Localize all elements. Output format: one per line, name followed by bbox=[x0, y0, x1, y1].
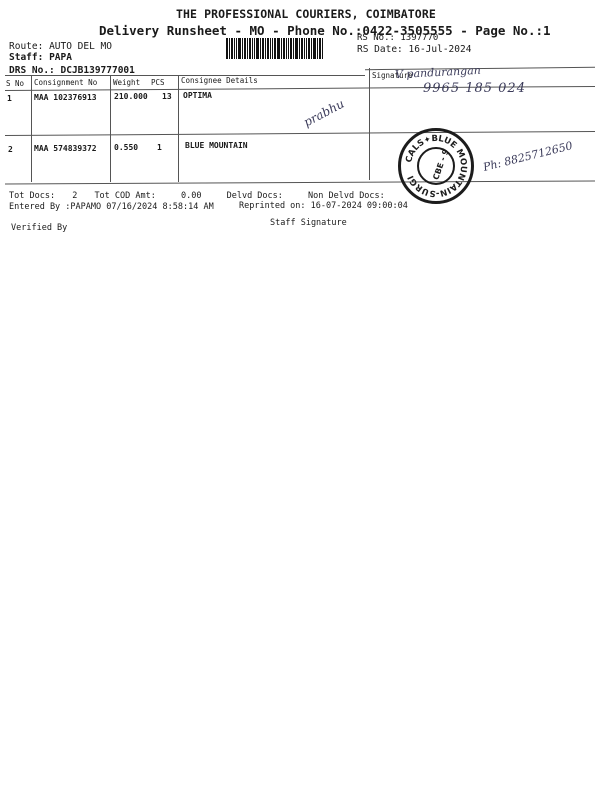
row1-sno: 1 bbox=[7, 94, 12, 103]
runsheet-subtitle: Delivery Runsheet - MO - Phone No.:0422-… bbox=[99, 23, 551, 38]
rs-no-value: 1397770 bbox=[400, 33, 438, 43]
handwritten-phone-row1: 9965 185 024 bbox=[423, 81, 526, 96]
tot-cod-value: 0.00 bbox=[181, 191, 201, 201]
row2-weight: 0.550 bbox=[114, 143, 138, 152]
company-title: THE PROFESSIONAL COURIERS, COIMBATORE bbox=[176, 7, 436, 21]
tot-docs-label: Tot Docs: bbox=[9, 191, 55, 201]
col-divider-4 bbox=[369, 68, 370, 180]
col-divider-3 bbox=[178, 75, 179, 182]
row1-consignment: MAA 102376913 bbox=[34, 93, 97, 102]
row2-consignment: MAA 574839372 bbox=[34, 144, 97, 153]
col-header-consignee: Consignee Details bbox=[181, 76, 258, 85]
tot-cod-label: Tot COD Amt: bbox=[94, 191, 155, 201]
company-stamp: CALS✦BLUE MOUNTAIN-SURGI CBE - 9 bbox=[398, 128, 474, 204]
non-delvd-docs-label: Non Delvd Docs: bbox=[308, 191, 385, 201]
staff-label: Staff: bbox=[9, 52, 43, 63]
col-header-consignment: Consignment No bbox=[34, 78, 97, 87]
staff-value: PAPA bbox=[49, 52, 72, 63]
row2-pcs: 1 bbox=[157, 143, 162, 152]
row1-weight: 210.000 bbox=[114, 92, 148, 101]
row2-consignee: BLUE MOUNTAIN bbox=[185, 141, 248, 150]
reprinted-on: Reprinted on: 16-07-2024 09:00:04 bbox=[239, 201, 408, 211]
rs-date-label: RS Date: bbox=[357, 44, 403, 55]
rs-no-label: RS No.: bbox=[357, 33, 395, 43]
rs-number: RS No.: 1397770 bbox=[357, 33, 438, 43]
route-label: Route: bbox=[9, 41, 43, 52]
route-line: Route: AUTO DEL MO bbox=[9, 41, 112, 52]
staff-signature-label: Staff Signature bbox=[270, 218, 347, 228]
totals-line: Tot Docs: 2 Tot COD Amt: 0.00 Delvd Docs… bbox=[9, 191, 385, 201]
col-divider-2 bbox=[110, 76, 111, 182]
table-bottom-rule bbox=[5, 180, 595, 184]
col-divider-1 bbox=[31, 76, 32, 182]
row-divider bbox=[5, 131, 595, 136]
route-value: AUTO DEL MO bbox=[49, 41, 112, 52]
delvd-docs-label: Delvd Docs: bbox=[227, 191, 283, 201]
row2-sno: 2 bbox=[8, 145, 13, 154]
col-header-sno: S No bbox=[6, 79, 24, 88]
col-header-pcs: PCS bbox=[151, 78, 165, 87]
staff-line: Staff: PAPA bbox=[9, 52, 72, 63]
tot-docs-value: 2 bbox=[72, 191, 77, 201]
rs-date-value: 16-Jul-2024 bbox=[409, 44, 472, 55]
col-header-weight: Weight bbox=[113, 78, 140, 87]
rs-date: RS Date: 16-Jul-2024 bbox=[357, 44, 471, 55]
entered-by: Entered By :PAPAMO 07/16/2024 8:58:14 AM bbox=[9, 202, 214, 212]
row1-pcs: 13 bbox=[162, 92, 172, 101]
verified-by-label: Verified By bbox=[11, 223, 67, 233]
stamp-center-text: CBE - 9 bbox=[431, 148, 450, 181]
row1-consignee: OPTIMA bbox=[183, 91, 212, 100]
barcode-icon bbox=[226, 38, 346, 59]
stamp-center: CBE - 9 bbox=[417, 147, 455, 185]
